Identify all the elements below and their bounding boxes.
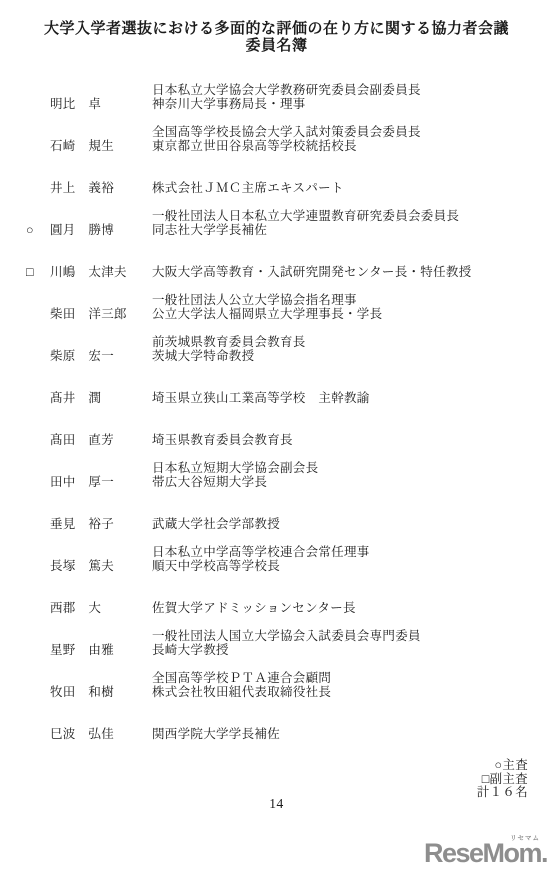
member-role-line: 株式会社牧田組代表取締役社長	[152, 685, 553, 699]
member-name: 明比 卓	[50, 97, 152, 111]
member-row: ○ 圓月 勝博 一般社団法人日本私立大学連盟教育研究委員会委員長 同志社大学学長…	[0, 195, 553, 237]
member-roles: 前茨城県教育委員会教育長 茨城大学特命教授	[152, 335, 553, 363]
member-role-line: 前茨城県教育委員会教育長	[152, 335, 553, 349]
legend-deputy: □副主査	[477, 773, 528, 787]
member-roles: 埼玉県立狭山工業高等学校 主幹教諭	[152, 391, 553, 405]
member-name: 星野 由雅	[50, 643, 152, 657]
member-row: 巳波 弘佳 関西学院大学学長補佐	[0, 699, 553, 741]
member-roles: 一般社団法人公立大学協会指名理事 公立大学法人福岡県立大学理事長・学長	[152, 293, 553, 321]
member-role-line: 一般社団法人公立大学協会指名理事	[152, 293, 553, 307]
member-role-line: 帯広大谷短期大学長	[152, 475, 553, 489]
member-name: 柴田 洋三郎	[50, 307, 152, 321]
member-role-line: 日本私立短期大学協会副会長	[152, 461, 553, 475]
member-roles: 一般社団法人国立大学協会入試委員会専門委員 長崎大学教授	[152, 629, 553, 657]
member-row: 明比 卓 日本私立大学協会大学教務研究委員会副委員長 神奈川大学事務局長・理事	[0, 69, 553, 111]
member-role-line: 公立大学法人福岡県立大学理事長・学長	[152, 307, 553, 321]
member-roles: 全国高等学校ＰＴＡ連合会顧問 株式会社牧田組代表取締役社長	[152, 671, 553, 699]
member-name: 田中 厚一	[50, 475, 152, 489]
member-name: 圓月 勝博	[50, 223, 152, 237]
member-role-line: 同志社大学学長補佐	[152, 223, 553, 237]
member-name: 垂見 裕子	[50, 517, 152, 531]
member-name: 西郡 大	[50, 601, 152, 615]
member-row: 柴田 洋三郎 一般社団法人公立大学協会指名理事 公立大学法人福岡県立大学理事長・…	[0, 279, 553, 321]
member-roles: 大阪大学高等教育・入試研究開発センター長・特任教授	[152, 265, 553, 279]
member-list: 明比 卓 日本私立大学協会大学教務研究委員会副委員長 神奈川大学事務局長・理事 …	[0, 69, 553, 741]
member-name: 巳波 弘佳	[50, 727, 152, 741]
member-row: 西郡 大 佐賀大学アドミッションセンター長	[0, 573, 553, 615]
legend: ○主査 □副主査 計１６名	[477, 759, 528, 800]
member-name: 牧田 和樹	[50, 685, 152, 699]
member-name: 井上 義裕	[50, 181, 152, 195]
chief-circle-mark: ○	[26, 223, 50, 237]
resemom-watermark: リセマム ReseMom.	[424, 833, 547, 867]
member-role-line: 大阪大学高等教育・入試研究開発センター長・特任教授	[152, 265, 553, 279]
document-title: 大学入学者選抜における多面的な評価の在り方に関する協力者会議 委員名簿	[0, 0, 553, 54]
member-roles: 埼玉県教育委員会教育長	[152, 433, 553, 447]
member-roles: 日本私立短期大学協会副会長 帯広大谷短期大学長	[152, 461, 553, 489]
member-name: 長塚 篤夫	[50, 559, 152, 573]
document-page: 大学入学者選抜における多面的な評価の在り方に関する協力者会議 委員名簿 明比 卓…	[0, 0, 553, 877]
member-row: 田中 厚一 日本私立短期大学協会副会長 帯広大谷短期大学長	[0, 447, 553, 489]
member-name: 髙田 直芳	[50, 433, 152, 447]
title-line-2: 委員名簿	[0, 38, 553, 55]
member-row: 井上 義裕 株式会社ＪＭＣ主席エキスパート	[0, 153, 553, 195]
member-role-line: 埼玉県立狭山工業高等学校 主幹教諭	[152, 391, 553, 405]
member-roles: 日本私立大学協会大学教務研究委員会副委員長 神奈川大学事務局長・理事	[152, 83, 553, 111]
member-role-line: 佐賀大学アドミッションセンター長	[152, 601, 553, 615]
member-row: 髙田 直芳 埼玉県教育委員会教育長	[0, 405, 553, 447]
member-role-line: 武蔵大学社会学部教授	[152, 517, 553, 531]
member-row: 垂見 裕子 武蔵大学社会学部教授	[0, 489, 553, 531]
member-role-line: 関西学院大学学長補佐	[152, 727, 553, 741]
title-line-1: 大学入学者選抜における多面的な評価の在り方に関する協力者会議	[0, 21, 553, 38]
member-roles: 佐賀大学アドミッションセンター長	[152, 601, 553, 615]
member-role-line: 全国高等学校ＰＴＡ連合会顧問	[152, 671, 553, 685]
member-role-line: 日本私立中学高等学校連合会常任理事	[152, 545, 553, 559]
member-row: 牧田 和樹 全国高等学校ＰＴＡ連合会顧問 株式会社牧田組代表取締役社長	[0, 657, 553, 699]
member-roles: 一般社団法人日本私立大学連盟教育研究委員会委員長 同志社大学学長補佐	[152, 209, 553, 237]
member-role-line: 全国高等学校長協会大学入試対策委員会委員長	[152, 125, 553, 139]
member-roles: 株式会社ＪＭＣ主席エキスパート	[152, 181, 553, 195]
member-role-line: 東京都立世田谷泉高等学校統括校長	[152, 139, 553, 153]
member-role-line: 順天中学校高等学校長	[152, 559, 553, 573]
member-row: 髙井 潤 埼玉県立狭山工業高等学校 主幹教諭	[0, 363, 553, 405]
member-role-line: 神奈川大学事務局長・理事	[152, 97, 553, 111]
member-roles: 関西学院大学学長補佐	[152, 727, 553, 741]
resemom-logo-text: ReseMom.	[424, 838, 547, 868]
member-name: 柴原 宏一	[50, 349, 152, 363]
member-roles: 日本私立中学高等学校連合会常任理事 順天中学校高等学校長	[152, 545, 553, 573]
member-role-line: 株式会社ＪＭＣ主席エキスパート	[152, 181, 553, 195]
member-role-line: 一般社団法人日本私立大学連盟教育研究委員会委員長	[152, 209, 553, 223]
member-row: 石崎 規生 全国高等学校長協会大学入試対策委員会委員長 東京都立世田谷泉高等学校…	[0, 111, 553, 153]
member-roles: 全国高等学校長協会大学入試対策委員会委員長 東京都立世田谷泉高等学校統括校長	[152, 125, 553, 153]
member-row: 長塚 篤夫 日本私立中学高等学校連合会常任理事 順天中学校高等学校長	[0, 531, 553, 573]
member-name: 川嶋 太津夫	[50, 265, 152, 279]
member-row: □ 川嶋 太津夫 大阪大学高等教育・入試研究開発センター長・特任教授	[0, 237, 553, 279]
member-roles: 武蔵大学社会学部教授	[152, 517, 553, 531]
page-number: 14	[0, 796, 553, 812]
member-role-line: 一般社団法人国立大学協会入試委員会専門委員	[152, 629, 553, 643]
member-role-line: 埼玉県教育委員会教育長	[152, 433, 553, 447]
member-role-line: 長崎大学教授	[152, 643, 553, 657]
member-row: 星野 由雅 一般社団法人国立大学協会入試委員会専門委員 長崎大学教授	[0, 615, 553, 657]
member-row: 柴原 宏一 前茨城県教育委員会教育長 茨城大学特命教授	[0, 321, 553, 363]
member-role-line: 茨城大学特命教授	[152, 349, 553, 363]
member-name: 髙井 潤	[50, 391, 152, 405]
legend-chief: ○主査	[477, 759, 528, 773]
deputy-square-mark: □	[26, 265, 50, 279]
member-role-line: 日本私立大学協会大学教務研究委員会副委員長	[152, 83, 553, 97]
member-name: 石崎 規生	[50, 139, 152, 153]
